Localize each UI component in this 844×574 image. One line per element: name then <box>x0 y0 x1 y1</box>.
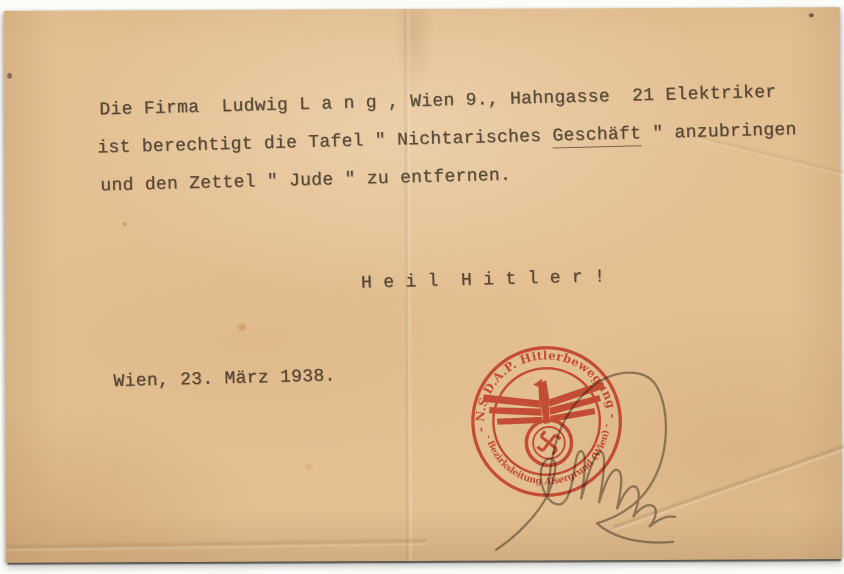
date-line: Wien, 23. März 1938. <box>113 366 335 392</box>
signature-tail <box>597 523 673 543</box>
underlined-word: Geschäft <box>552 124 641 148</box>
document-paper: Die Firma Ludwig L a n g , Wien 9., Hahn… <box>4 7 842 563</box>
wrinkle-bottom <box>6 537 426 552</box>
signature <box>440 329 786 574</box>
scan-background: Die Firma Ludwig L a n g , Wien 9., Hahn… <box>0 0 844 574</box>
body-line-1: Die Firma Ludwig L a n g , Wien 9., Hahn… <box>99 83 777 121</box>
body-line-2: ist berechtigt die Tafel " Nichtarisches… <box>97 120 797 158</box>
signature-scrawl <box>496 451 675 550</box>
paper-speck <box>7 73 12 79</box>
body-line-2-post: " anzubringen <box>641 120 797 144</box>
foxing-spot <box>306 464 312 469</box>
paper-speck <box>809 13 814 17</box>
body-line-2-pre: ist berechtigt die Tafel " Nichtarisches <box>97 127 553 159</box>
salute-line: H e i l H i t l e r ! <box>361 267 606 293</box>
body-line-3: und den Zettel " Jude " zu entfernen. <box>100 166 511 197</box>
